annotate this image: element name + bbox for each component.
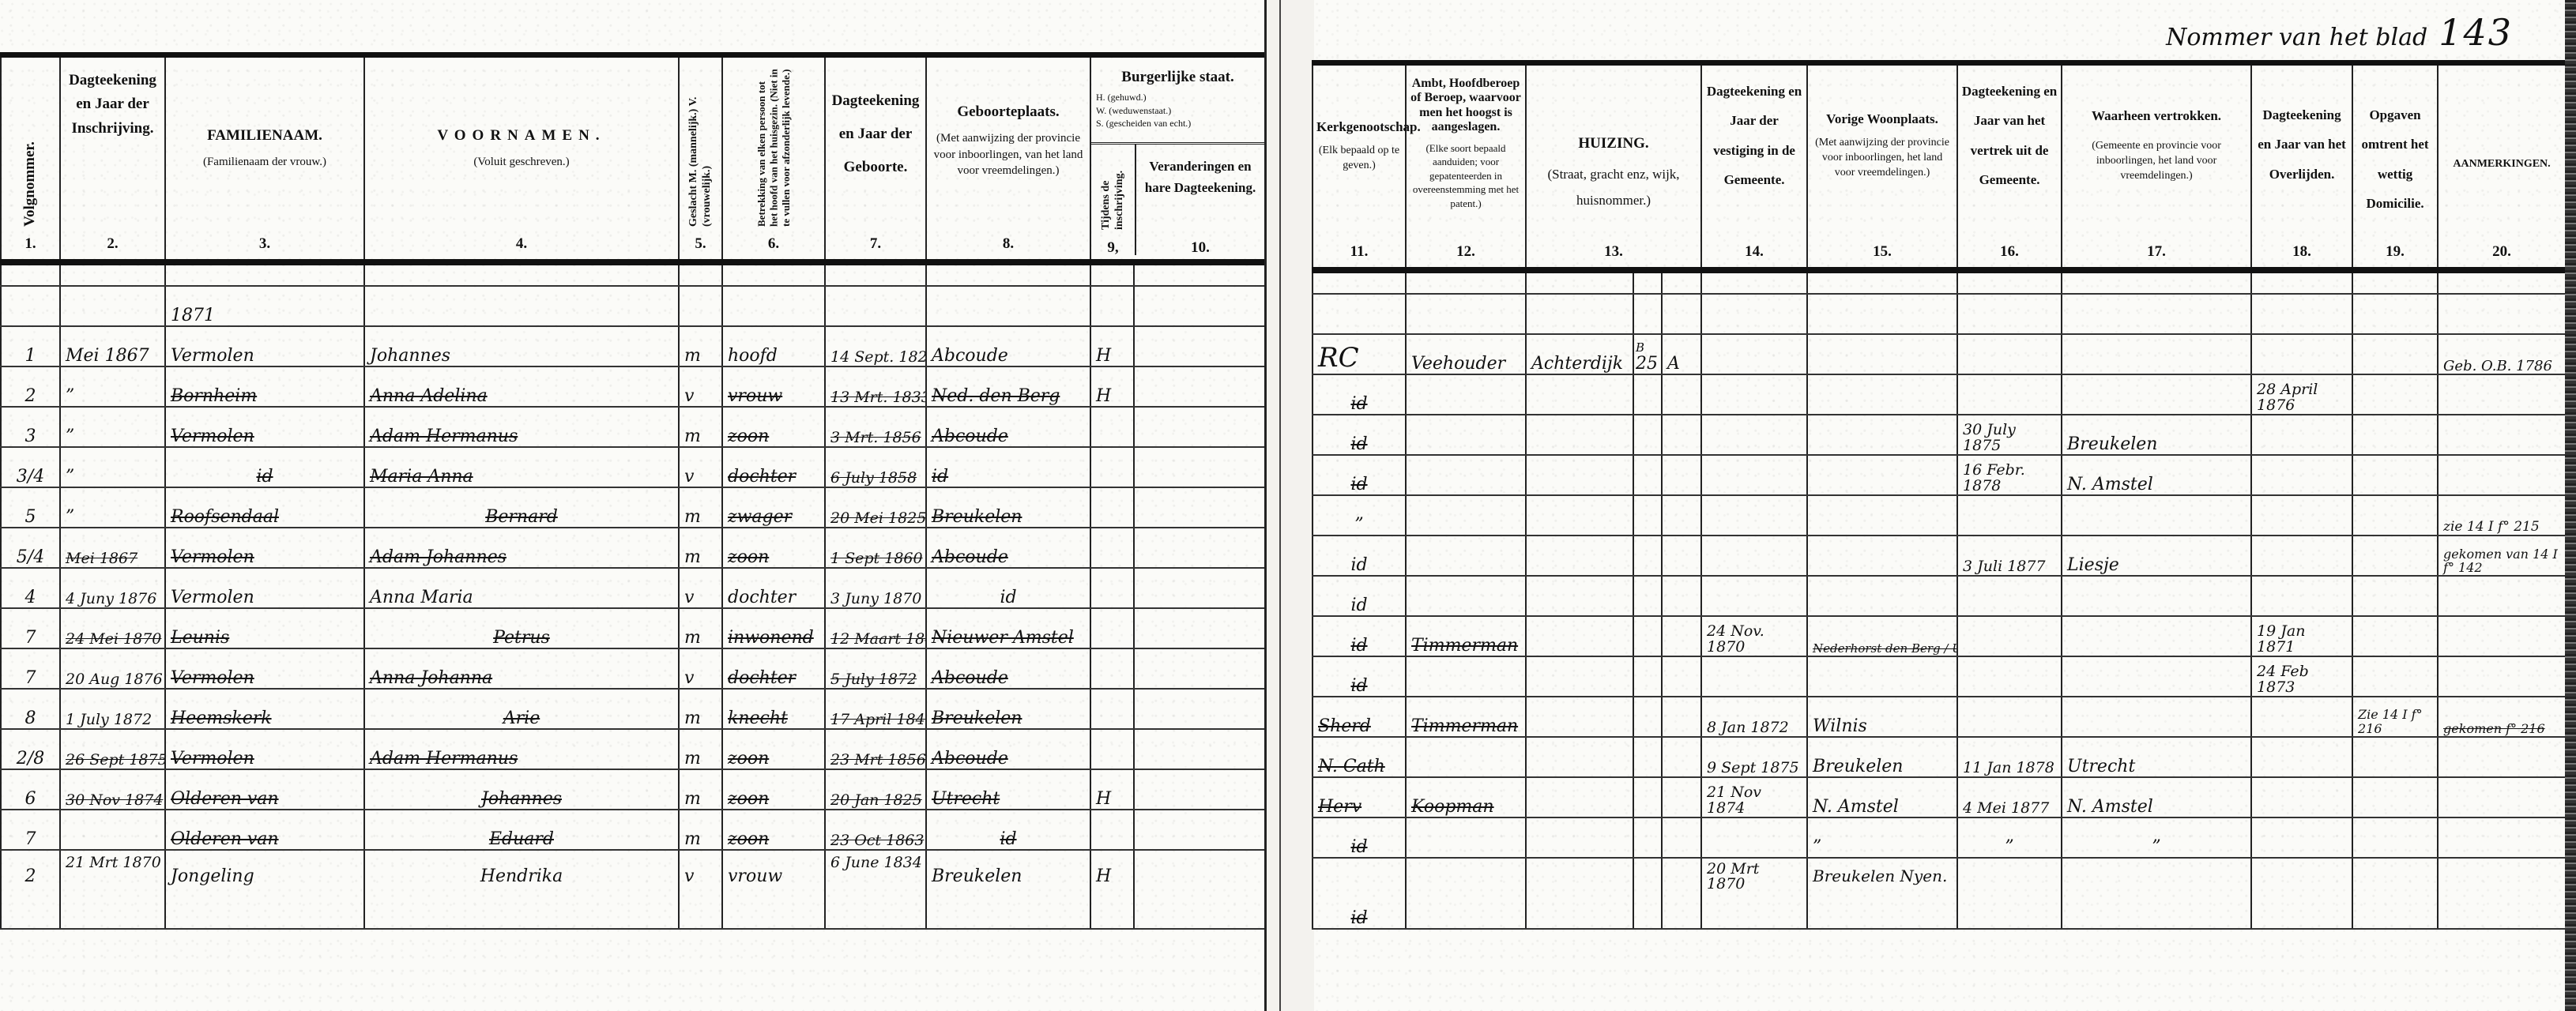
table-row: id 16 Febr. 1878 N. Amstel xyxy=(1312,455,2566,495)
sheet-number: 143 xyxy=(2439,11,2513,54)
year-marker: 1871 xyxy=(165,286,364,326)
table-row: 2 ” Bornheim Anna Adelina v vrouw 13 Mrt… xyxy=(1,366,1265,407)
table-row: 1 Mei 1867 Vermolen Johannes m hoofd 14 … xyxy=(1,326,1265,366)
table-row: 3/4 ” id Maria Anna v dochter 6 July 185… xyxy=(1,447,1265,487)
header-row: Volgnommer. 1. Dagteekening en Jaar der … xyxy=(1,55,1265,262)
table-row: N. Cath 9 Sept 1875 Breukelen 11 Jan 187… xyxy=(1312,737,2566,777)
table-row: 5/4 Mei 1867 Vermolen Adam Johannes m zo… xyxy=(1,528,1265,568)
col-header-vestiging: Dagteekening en Jaar der vestiging in de… xyxy=(1701,63,1807,270)
table-row: id ” ” ” xyxy=(1312,817,2566,858)
col-header-huizing: HUIZING. (Straat, gracht enz, wijk, huis… xyxy=(1526,63,1701,270)
right-page: Nommer van het blad143 Kerkgenootschap. … xyxy=(1312,0,2576,1011)
blank-row xyxy=(1312,270,2566,294)
col-header-beroep: Ambt, Hoofdberoep of Beroep, waarvoor me… xyxy=(1406,63,1526,270)
table-row: 3 ” Vermolen Adam Hermanus m zoon 3 Mrt.… xyxy=(1,407,1265,447)
col-header-vorige-woonplaats: Vorige Woonplaats. (Met aanwijzing der p… xyxy=(1807,63,1957,270)
col-header-kerkgenootschap: Kerkgenootschap. (Elk bepaald op te geve… xyxy=(1312,63,1406,270)
col-header-volgnommer: Volgnommer. 1. xyxy=(1,55,60,262)
table-row: RC Veehouder Achterdijk B25 A Geb. O.B. … xyxy=(1312,334,2566,374)
col-header-familienaam: FAMILIENAAM. (Familienaam der vrouw.) 3. xyxy=(165,55,364,262)
table-row: 2/8 26 Sept 1875 Vermolen Adam Hermanus … xyxy=(1,729,1265,769)
col-header-vertrek: Dagteekening en Jaar van het vertrek uit… xyxy=(1957,63,2062,270)
table-row: id xyxy=(1312,576,2566,616)
table-row: 7 24 Mei 1870 Leunis Petrus m inwonend 1… xyxy=(1,608,1265,648)
table-row: id 28 April 1876 xyxy=(1312,374,2566,415)
col-header-inschrijving: Dagteekening en Jaar der Inschrijving. 2… xyxy=(60,55,165,262)
table-row: 2 21 Mrt 1870 Jongeling Hendrika v vrouw… xyxy=(1,850,1265,929)
sheet-number-label: Nommer van het blad143 xyxy=(2166,11,2513,54)
table-row: id Timmerman 24 Nov. 1870 Nederhorst den… xyxy=(1312,616,2566,656)
table-row: 4 4 Juny 1876 Vermolen Anna Maria v doch… xyxy=(1,568,1265,608)
page-fold xyxy=(1279,0,1281,1011)
col-header-veranderingen: Veranderingen en hare Dagteekening. 10. xyxy=(1136,145,1264,255)
table-row: Herv Koopman 21 Nov 1874 N. Amstel 4 Mei… xyxy=(1312,777,2566,817)
table-row: 8 1 July 1872 Heemskerk Arie m knecht 17… xyxy=(1,689,1265,729)
table-row: 7 20 Aug 1876 Vermolen Anna Johanna v do… xyxy=(1,648,1265,689)
col-header-geboorteplaats: Geboorteplaats. (Met aanwijzing der prov… xyxy=(926,55,1090,262)
col-header-overlijden: Dagteekening en Jaar van het Overlijden.… xyxy=(2251,63,2352,270)
table-row: Sherd Timmerman 8 Jan 1872 Wilnis Zie 14… xyxy=(1312,697,2566,737)
blank-row xyxy=(1312,294,2566,334)
blank-row xyxy=(1,262,1265,286)
book-gutter xyxy=(1264,0,1314,1011)
col-header-betrekking: Betrekking van elken persoon tot het hoo… xyxy=(722,55,825,262)
col-header-geslacht: Geslacht M. (mannelijk.) V. (vrouwelijk.… xyxy=(679,55,722,262)
col-header-waarheen: Waarheen vertrokken. (Gemeente en provin… xyxy=(2062,63,2251,270)
col-header-burgerlijke-staat: Burgerlijke staat. H. (gehuwd.) W. (wedu… xyxy=(1090,55,1265,262)
year-marker-row: 1871 xyxy=(1,286,1265,326)
col-header-aanmerkingen: AANMERKINGEN. 20. xyxy=(2438,63,2566,270)
table-row: 5 ” Roofsendaal Bernard m zwager 20 Mei … xyxy=(1,487,1265,528)
left-page: Volgnommer. 1. Dagteekening en Jaar der … xyxy=(0,0,1264,1011)
col-header-voornamen: VOORNAMEN. (Voluit geschreven.) 4. xyxy=(364,55,679,262)
col-header-domicilie: Opgaven omtrent het wettig Domicilie. 19… xyxy=(2352,63,2438,270)
table-row: id 24 Feb 1873 xyxy=(1312,656,2566,697)
col-header-tijdens-inschrijving: Tijdens de inschrijving. 9, xyxy=(1091,145,1136,255)
register-table-right: Kerkgenootschap. (Elk bepaald op te geve… xyxy=(1312,60,2567,930)
register-table-left: Volgnommer. 1. Dagteekening en Jaar der … xyxy=(0,52,1266,930)
table-row: id 30 July 1875 Breukelen xyxy=(1312,415,2566,455)
col-header-geboorte: Dagteekening en Jaar der Geboorte. 7. xyxy=(825,55,926,262)
table-row: id 3 Juli 1877 Liesje gekomen van 14 I f… xyxy=(1312,536,2566,576)
table-row: ” zie 14 I f° 215 xyxy=(1312,495,2566,536)
page-edge xyxy=(2565,0,2576,1011)
table-row: 6 30 Nov 1874 Olderen van Johannes m zoo… xyxy=(1,769,1265,810)
table-row: 7 Olderen van Eduard m zoon 23 Oct 1863 … xyxy=(1,810,1265,850)
header-row: Kerkgenootschap. (Elk bepaald op te geve… xyxy=(1312,63,2566,270)
table-row: id 20 Mrt 1870 Breukelen Nyen. xyxy=(1312,858,2566,929)
